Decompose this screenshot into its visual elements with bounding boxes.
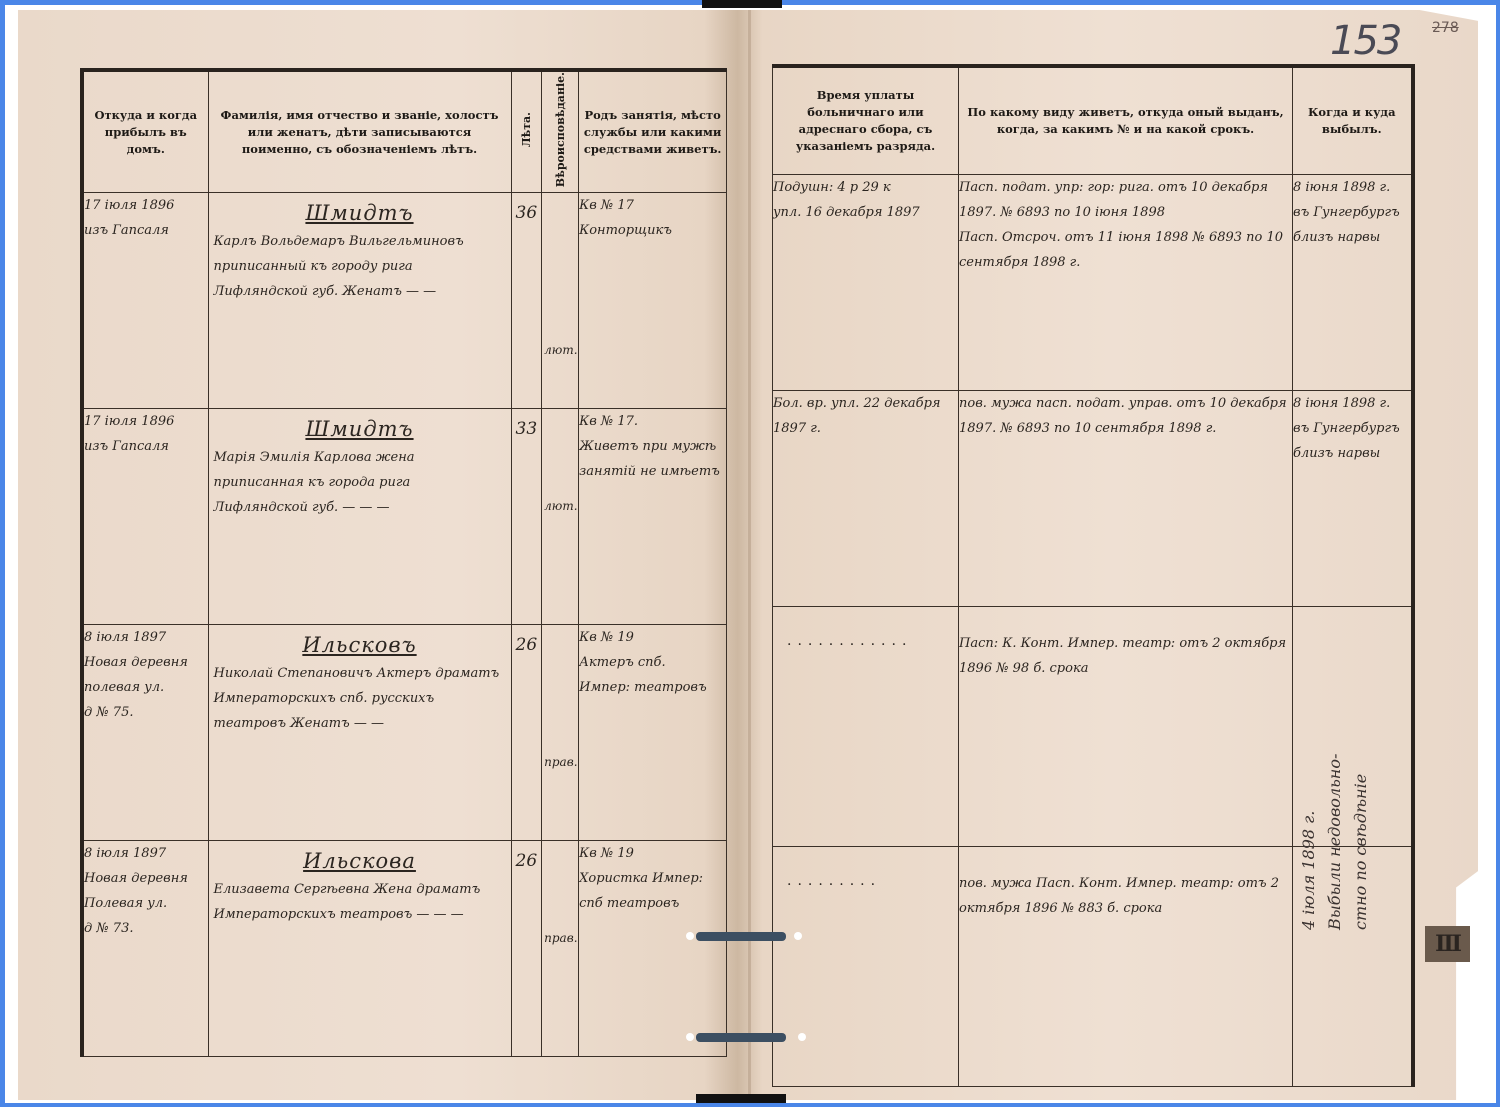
page-number: 153	[1330, 18, 1400, 64]
entry-age: 26	[512, 625, 542, 665]
entry-arrived: 8 іюля 1897 Новая деревня полевая ул. д …	[82, 625, 208, 841]
entry-age-cell: 26	[511, 841, 542, 1057]
header-residence-doc: По какому виду живетъ, откуда оный выдан…	[959, 66, 1293, 175]
old-page-number: 278	[1432, 20, 1459, 36]
entry-departed: 8 іюня 1898 г. въ Гунгербургъ близъ нарв…	[1293, 175, 1413, 391]
entry-occupation: Кв № 19 Хористка Импер: спб театровъ	[579, 841, 727, 1057]
entry-religion: лют.	[544, 499, 577, 513]
entry-occupation: Кв № 17. Живетъ при мужѣ занятій не имѣе…	[579, 409, 727, 625]
entry-arrived: 17 іюля 1896 изъ Гапсаля	[82, 193, 208, 409]
entry-details: Марія Эмилія Карлова жена приписанная къ…	[209, 441, 511, 524]
spine-marker-top	[702, 0, 782, 8]
header-religion: Вѣроисповѣданіе.	[542, 70, 579, 193]
entry-surname: Шмидтъ	[209, 193, 511, 225]
entry-religion: лют.	[544, 343, 577, 357]
entry-name-cell: Ильсковъ Николай Степановичъ Актеръ драм…	[208, 625, 511, 841]
binding-hole	[686, 932, 694, 940]
entry-religion-cell: прав.	[542, 625, 579, 841]
entry-fee-paid-cell: ............	[773, 607, 959, 847]
entry-religion-cell: лют.	[542, 409, 579, 625]
entry-name-cell: Шмидтъ Марія Эмилія Карлова жена приписа…	[208, 409, 511, 625]
table-row: 8 іюля 1897 Новая деревня Полевая ул. д …	[82, 841, 727, 1057]
entry-occupation: Кв № 17 Конторщикъ	[579, 193, 727, 409]
binding-stitch	[696, 1033, 786, 1042]
entry-age-cell: 26	[511, 625, 542, 841]
entry-surname: Ильсковъ	[209, 625, 511, 657]
entry-details: Николай Степановичъ Актеръ драматъ Импер…	[209, 657, 511, 740]
binding-stitch	[696, 932, 786, 941]
entry-residence-doc: Пасп. подат. упр: гор: рига. отъ 10 дека…	[959, 175, 1293, 391]
entry-religion: прав.	[544, 931, 577, 945]
entry-name-cell: Ильскова Елизавета Сергѣевна Жена драмат…	[208, 841, 511, 1057]
entry-fee-paid: .........	[773, 847, 958, 889]
entry-fee-paid-cell: .........	[773, 847, 959, 1087]
left-header-row: Откуда и когда прибылъ въ домъ. Фамилія,…	[82, 70, 727, 193]
entry-age-cell: 33	[511, 409, 542, 625]
entry-arrived: 8 іюля 1897 Новая деревня Полевая ул. д …	[82, 841, 208, 1057]
table-row: 17 іюля 1896 изъ Гапсаля Шмидтъ Карлъ Во…	[82, 193, 727, 409]
table-row: 17 іюля 1896 изъ Гапсаля Шмидтъ Марія Эм…	[82, 409, 727, 625]
spine-marker-bottom	[696, 1094, 786, 1103]
header-arrived: Откуда и когда прибылъ въ домъ.	[82, 70, 208, 193]
entry-occupation: Кв № 19 Актеръ спб. Импер: театровъ	[579, 625, 727, 841]
left-page-table: Откуда и когда прибылъ въ домъ. Фамилія,…	[80, 68, 727, 1057]
entry-surname: Ильскова	[209, 841, 511, 873]
margin-note-departed: 4 іюля 1898 г. Выбыли недовольно- стно п…	[1296, 650, 1374, 930]
entry-age: 36	[512, 193, 542, 233]
entry-residence-doc: пов. мужа Пасп. Конт. Импер. театр: отъ …	[959, 847, 1293, 1087]
binding-hole	[686, 1033, 694, 1041]
entry-age-cell: 36	[511, 193, 542, 409]
right-page-table: Время уплаты больничнаго или адреснаго с…	[772, 64, 1415, 1087]
entry-arrived: 17 іюля 1896 изъ Гапсаля	[82, 409, 208, 625]
entry-fee-paid: ............	[773, 607, 958, 649]
header-age: Лѣта.	[511, 70, 542, 193]
entry-religion-cell: прав.	[542, 841, 579, 1057]
binding-hole	[794, 932, 802, 940]
table-row: Бол. вр. упл. 22 декабря 1897 г. пов. му…	[773, 391, 1413, 607]
entry-details: Елизавета Сергѣевна Жена драматъ Императ…	[209, 873, 511, 931]
header-age-text: Лѣта.	[518, 112, 535, 147]
entry-residence-doc: Пасп: К. Конт. Импер. театр: отъ 2 октяб…	[959, 607, 1293, 847]
entry-fee-paid: Подушн: 4 р 29 к упл. 16 декабря 1897	[773, 175, 959, 391]
entry-surname: Шмидтъ	[209, 409, 511, 441]
entry-residence-doc: пов. мужа пасп. подат. управ. отъ 10 дек…	[959, 391, 1293, 607]
header-religion-text: Вѣроисповѣданіе.	[552, 72, 569, 187]
entry-name-cell: Шмидтъ Карлъ Вольдемаръ Вильгельминовъ п…	[208, 193, 511, 409]
table-row: Подушн: 4 р 29 к упл. 16 декабря 1897 Па…	[773, 175, 1413, 391]
table-row: 8 іюля 1897 Новая деревня полевая ул. д …	[82, 625, 727, 841]
entry-details: Карлъ Вольдемаръ Вильгельминовъ приписан…	[209, 225, 511, 308]
entry-religion: прав.	[544, 755, 577, 769]
entry-age: 26	[512, 841, 542, 881]
entry-religion-cell: лют.	[542, 193, 579, 409]
entry-age: 33	[512, 409, 542, 449]
header-name: Фамилія, имя отчество и званіе, холостъ …	[208, 70, 511, 193]
right-header-row: Время уплаты больничнаго или адреснаго с…	[773, 66, 1413, 175]
entry-fee-paid: Бол. вр. упл. 22 декабря 1897 г.	[773, 391, 959, 607]
header-occupation: Родъ занятія, мѣсто службы или какими ср…	[579, 70, 727, 193]
binding-hole	[798, 1033, 806, 1041]
entry-departed: 8 іюня 1898 г. въ Гунгербургъ близъ нарв…	[1293, 391, 1413, 607]
header-fee-paid: Время уплаты больничнаго или адреснаго с…	[773, 66, 959, 175]
header-departed: Когда и куда выбылъ.	[1293, 66, 1413, 175]
section-tab: III	[1425, 926, 1470, 962]
